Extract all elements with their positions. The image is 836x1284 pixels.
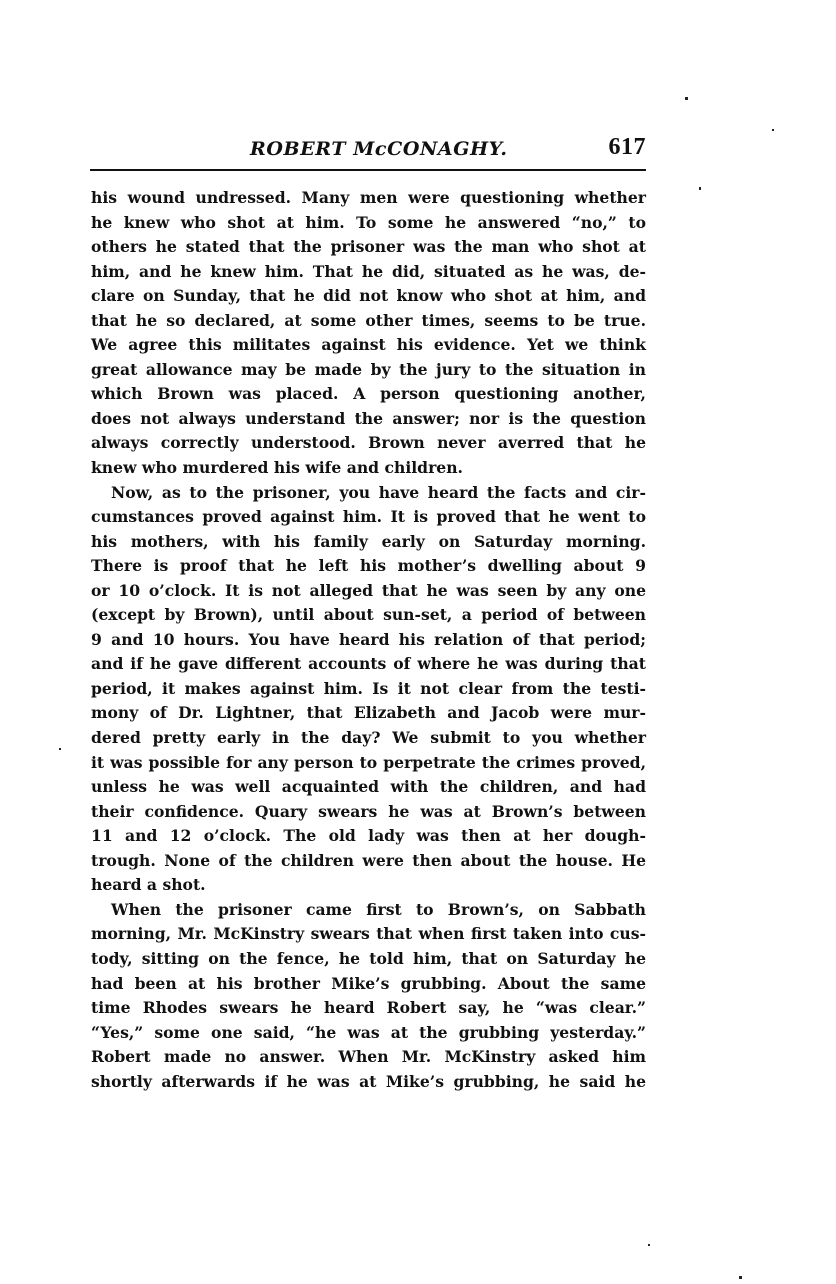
text-line: When the prisoner came first to Brown’s,… xyxy=(91,898,646,923)
paragraph: his wound undressed. Many men were quest… xyxy=(91,186,646,481)
text-line: or 10 o’clock. It is not alleged that he… xyxy=(91,579,646,604)
text-line: We agree this militates against his evid… xyxy=(91,333,646,358)
scan-speck xyxy=(739,1276,742,1279)
scan-speck xyxy=(685,97,688,100)
text-line: “Yes,” some one said, “he was at the gru… xyxy=(91,1021,646,1046)
text-line: dered pretty early in the day? We submit… xyxy=(91,726,646,751)
text-line: does not always understand the answer; n… xyxy=(91,407,646,432)
text-line: always correctly understood. Brown never… xyxy=(91,431,646,456)
text-line: heard a shot. xyxy=(91,873,646,898)
page-number: 617 xyxy=(609,134,647,161)
text-line: it was possible for any person to perpet… xyxy=(91,751,646,776)
text-line: 9 and 10 hours. You have heard his relat… xyxy=(91,628,646,653)
text-line: and if he gave different accounts of whe… xyxy=(91,652,646,677)
scan-speck xyxy=(648,1244,650,1246)
running-head: ROBERT McCONAGHY. 617 xyxy=(90,132,646,166)
text-line: tody, sitting on the fence, he told him,… xyxy=(91,947,646,972)
text-line: mony of Dr. Lightner, that Elizabeth and… xyxy=(91,701,646,726)
paragraph: Now, as to the prisoner, you have heard … xyxy=(91,481,646,898)
text-line: their confidence. Quary swears he was at… xyxy=(91,800,646,825)
text-line: which Brown was placed. A person questio… xyxy=(91,382,646,407)
text-line: shortly afterwards if he was at Mike’s g… xyxy=(91,1070,646,1095)
text-line: There is proof that he left his mother’s… xyxy=(91,554,646,579)
text-line: period, it makes against him. Is it not … xyxy=(91,677,646,702)
text-line: morning, Mr. McKinstry swears that when … xyxy=(91,922,646,947)
text-line: knew who murdered his wife and children. xyxy=(91,456,646,481)
text-line: his wound undressed. Many men were quest… xyxy=(91,186,646,211)
text-line: time Rhodes swears he heard Robert say, … xyxy=(91,996,646,1021)
text-line: his mothers, with his family early on Sa… xyxy=(91,530,646,555)
document-page: ROBERT McCONAGHY. 617 his wound undresse… xyxy=(0,0,836,1284)
text-line: clare on Sunday, that he did not know wh… xyxy=(91,284,646,309)
text-line: that he so declared, at some other times… xyxy=(91,309,646,334)
header-rule xyxy=(90,169,646,171)
paragraph: When the prisoner came first to Brown’s,… xyxy=(91,898,646,1094)
scan-speck xyxy=(772,129,774,131)
text-line: great allowance may be made by the jury … xyxy=(91,358,646,383)
text-line: unless he was well acquainted with the c… xyxy=(91,775,646,800)
text-line: he knew who shot at him. To some he answ… xyxy=(91,211,646,236)
body-text: his wound undressed. Many men were quest… xyxy=(91,186,646,1094)
text-line: him, and he knew him. That he did, situa… xyxy=(91,260,646,285)
text-line: Now, as to the prisoner, you have heard … xyxy=(91,481,646,506)
scan-speck xyxy=(59,748,61,750)
running-title: ROBERT McCONAGHY. xyxy=(250,138,508,160)
text-line: Robert made no answer. When Mr. McKinstr… xyxy=(91,1045,646,1070)
text-line: cumstances proved against him. It is pro… xyxy=(91,505,646,530)
text-line: trough. None of the children were then a… xyxy=(91,849,646,874)
text-line: (except by Brown), until about sun-set, … xyxy=(91,603,646,628)
text-line: 11 and 12 o’clock. The old lady was then… xyxy=(91,824,646,849)
scan-speck xyxy=(699,187,701,190)
text-line: others he stated that the prisoner was t… xyxy=(91,235,646,260)
text-line: had been at his brother Mike’s grubbing.… xyxy=(91,972,646,997)
